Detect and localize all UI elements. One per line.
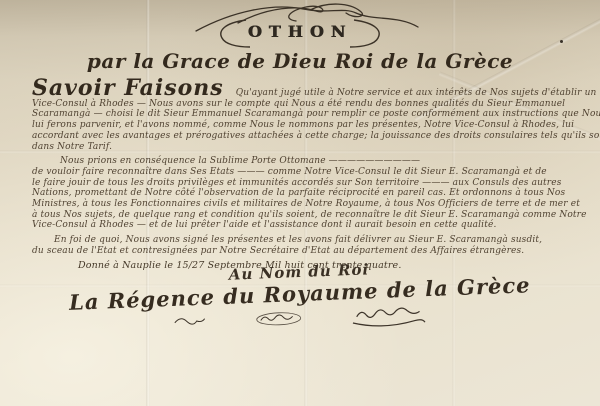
document-body: Savoir Faisons Qu'ayant jugé utile à Not… <box>32 81 586 271</box>
body-line: lui ferons parvenir, et l'avons nommé, c… <box>32 120 586 131</box>
royal-style-line: par la Grace de Dieu Roi de la Grèce <box>0 49 600 73</box>
parchment-document: OTHON par la Grace de Dieu Roi de la Grè… <box>0 0 600 406</box>
body-line: Nations, promettant de Notre côté l'obse… <box>32 188 586 199</box>
document-content: OTHON par la Grace de Dieu Roi de la Grè… <box>0 0 600 406</box>
body-line: de vouloir faire reconnaître dans Ses Et… <box>32 167 586 178</box>
ink-spot <box>560 40 563 43</box>
body-line: Vice-Consul à Rhodes — Nous avons sur le… <box>32 99 586 110</box>
royal-name-cartouche: OTHON <box>216 17 384 49</box>
signature-middle-icon <box>252 310 305 328</box>
signature-left-icon <box>172 314 207 329</box>
body-line: dans Notre Tarif. <box>32 142 586 153</box>
opening-phrase: Savoir Faisons <box>32 81 224 95</box>
body-line: accordant avec les avantages et prérogat… <box>32 131 586 142</box>
body-line: à tous Nos sujets, de quelque rang et co… <box>32 210 586 221</box>
body-line: Ministres, à tous les Fonctionnaires civ… <box>32 199 586 210</box>
page-title: OTHON <box>216 22 384 41</box>
body-line: Savoir Faisons Qu'ayant jugé utile à Not… <box>32 81 586 99</box>
body-line: Scaramangà — choisi le dit Sieur Emmanue… <box>32 109 586 120</box>
body-line: le faire jouir de tous les droits privil… <box>32 178 586 189</box>
body-line-text: Qu'ayant jugé utile à Notre service et a… <box>236 88 597 99</box>
body-line: En foi de quoi, Nous avons signé les pré… <box>32 235 586 246</box>
body-line: Nous prions en conséquence la Sublime Po… <box>32 156 586 167</box>
signature-right-icon <box>350 305 429 330</box>
body-line: Vice-Consul à Rhodes — et de lui prêter … <box>32 220 586 231</box>
